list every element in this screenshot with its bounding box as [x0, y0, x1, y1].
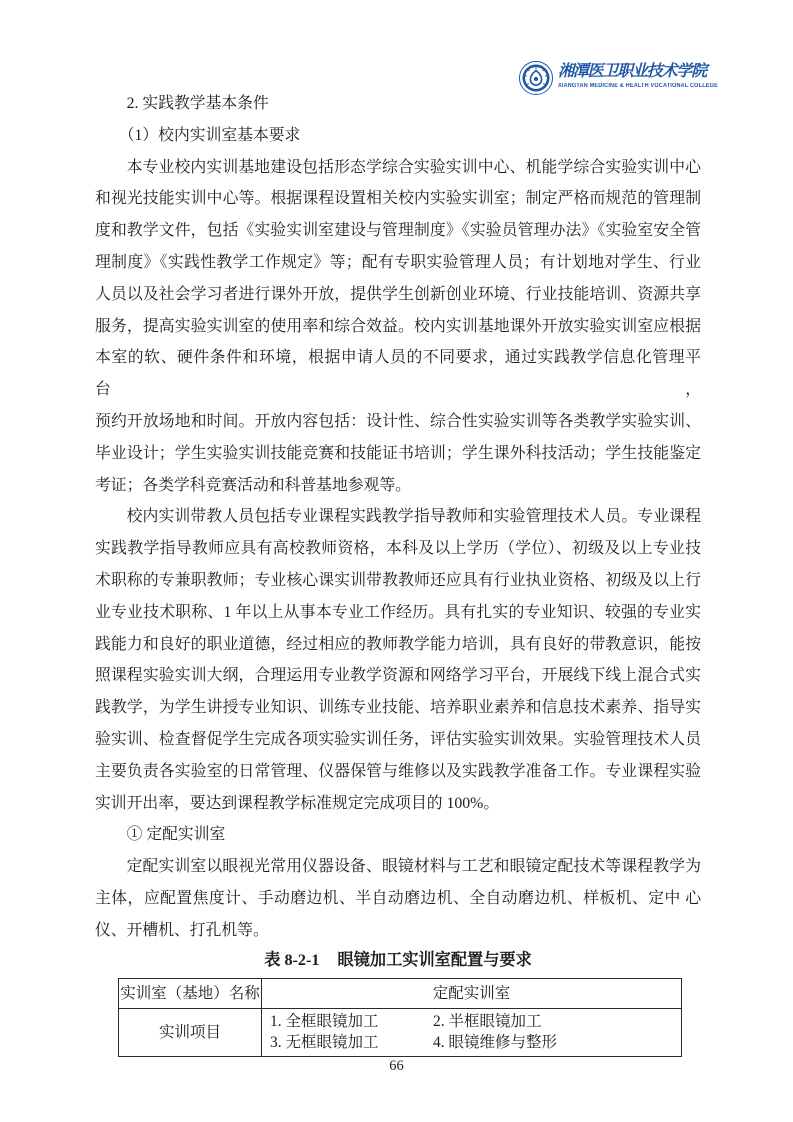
- text-line: 考证；各类学科竞赛活动和科普基地参观等。: [95, 470, 701, 502]
- training-room-table: 实训室（基地）名称 定配实训室 实训项目 1. 全框眼镜加工2. 半框眼镜加工3…: [118, 978, 682, 1057]
- text-line: 人员以及社会学习者进行课外开放，提供学生创新创业环境、行业技能培训、资源共享: [95, 279, 701, 311]
- text-line: 理制度》《实践性教学工作规定》等；配有专职实验管理人员；有计划地对学生、行业: [95, 247, 701, 279]
- text-line: 照课程实验实训大纲，合理运用专业教学资源和网络学习平台，开展线下线上混合式实: [95, 660, 701, 692]
- project-header-cell: 实训项目: [119, 1008, 262, 1056]
- project-item: 4. 眼镜维修与整形: [433, 1032, 681, 1053]
- table-title-text: 眼镜加工实训室配置与要求: [338, 951, 532, 969]
- table-row: 实训室（基地）名称 定配实训室: [119, 978, 682, 1008]
- text-line: 仪、开槽机、打孔机等。: [95, 915, 701, 947]
- text-line: 服务，提高实验实训室的使用率和综合效益。校内实训基地课外开放实验实训室应根据: [95, 311, 701, 343]
- text-line: 主要负责各实验室的日常管理、仪器保管与维修以及实践教学准备工作。专业课程实验: [95, 756, 701, 788]
- project-items-cell: 1. 全框眼镜加工2. 半框眼镜加工3. 无框眼镜加工4. 眼镜维修与整形: [262, 1008, 682, 1056]
- document-body: 2. 实践教学基本条件 （1）校内实训室基本要求 本专业校内实训基地建设包括形态…: [95, 88, 701, 1057]
- document-page: 湘潭医卫职业技术学院 XIANGTAN MEDICINE & HEALTH VO…: [0, 0, 793, 1122]
- text-line: 本专业校内实训基地建设包括形态学综合实验实训中心、机能学综合实验实训中心: [95, 152, 701, 184]
- text-line: 主体，应配置焦度计、手动磨边机、半自动磨边机、全自动磨边机、样板机、定中 心: [95, 883, 701, 915]
- table-row: 实训项目 1. 全框眼镜加工2. 半框眼镜加工3. 无框眼镜加工4. 眼镜维修与…: [119, 1008, 682, 1056]
- text-line: 术职称的专兼职教师；专业核心课实训带教教师还应具有行业执业资格、初级及以上行: [95, 565, 701, 597]
- text-line: 践能力和良好的职业道德，经过相应的教师教学能力培训，具有良好的带教意识，能按: [95, 629, 701, 661]
- text-line: 实训开出率，要达到课程教学标准规定完成项目的 100%。: [95, 788, 701, 820]
- text-line: 定配实训室以眼视光常用仪器设备、眼镜材料与工艺和眼镜定配技术等课程教学为: [95, 851, 701, 883]
- text-line: 和视光技能实训中心等。根据课程设置相关校内实验实训室；制定严格而规范的管理制: [95, 183, 701, 215]
- paragraph-dispensing-lab: 定配实训室以眼视光常用仪器设备、眼镜材料与工艺和眼镜定配技术等课程教学为主体，应…: [95, 851, 701, 946]
- table-caption: 表 8-2-1眼镜加工实训室配置与要求: [95, 950, 701, 970]
- table-number: 表 8-2-1: [264, 951, 319, 969]
- section-heading: 2. 实践教学基本条件: [95, 88, 701, 120]
- project-item: 2. 半框眼镜加工: [433, 1011, 681, 1032]
- text-line: 实践教学指导教师应具有高校教师资格，本科及以上学历（学位）、初级及以上专业技: [95, 533, 701, 565]
- project-item: 3. 无框眼镜加工: [270, 1032, 433, 1053]
- project-items-grid: 1. 全框眼镜加工2. 半框眼镜加工3. 无框眼镜加工4. 眼镜维修与整形: [262, 1011, 681, 1053]
- text-line: 践教学，为学生讲授专业知识、训练专业技能、培养职业素养和信息技术素养、指导实: [95, 692, 701, 724]
- room-name-header-cell: 实训室（基地）名称: [119, 978, 262, 1008]
- subitem-heading: ① 定配实训室: [95, 819, 701, 851]
- paragraph-campus-training-base: 本专业校内实训基地建设包括形态学综合实验实训中心、机能学综合实验实训中心和视光技…: [95, 152, 701, 502]
- college-name-zh: 湘潭医卫职业技术学院: [558, 62, 732, 82]
- text-line: 校内实训带教人员包括专业课程实践教学指导教师和实验管理技术人员。专业课程: [95, 501, 701, 533]
- text-line: 业专业技术职称、1 年以上从事本专业工作经历。具有扎实的专业知识、较强的专业实: [95, 597, 701, 629]
- room-name-value-cell: 定配实训室: [262, 978, 682, 1008]
- text-line: 验实训、检查督促学生完成各项实验实训任务，评估实验实训效果。实验管理技术人员: [95, 724, 701, 756]
- page-number: 66: [0, 1058, 793, 1075]
- college-name-block: 湘潭医卫职业技术学院 XIANGTAN MEDICINE & HEALTH VO…: [558, 62, 732, 90]
- subsection-heading: （1）校内实训室基本要求: [95, 120, 701, 152]
- project-item: 1. 全框眼镜加工: [270, 1011, 433, 1032]
- paragraph-training-staff: 校内实训带教人员包括专业课程实践教学指导教师和实验管理技术人员。专业课程实践教学…: [95, 501, 701, 819]
- text-line: 度和教学文件，包括《实验实训室建设与管理制度》《实验员管理办法》《实验室安全管: [95, 215, 701, 247]
- text-line: 预约开放场地和时间。开放内容包括：设计性、综合性实验实训等各类教学实验实训、: [95, 406, 701, 438]
- text-line: 毕业设计；学生实验实训技能竞赛和技能证书培训；学生课外科技活动；学生技能鉴定: [95, 438, 701, 470]
- text-line: 本室的软、硬件条件和环境，根据申请人员的不同要求，通过实践教学信息化管理平台，: [95, 342, 701, 406]
